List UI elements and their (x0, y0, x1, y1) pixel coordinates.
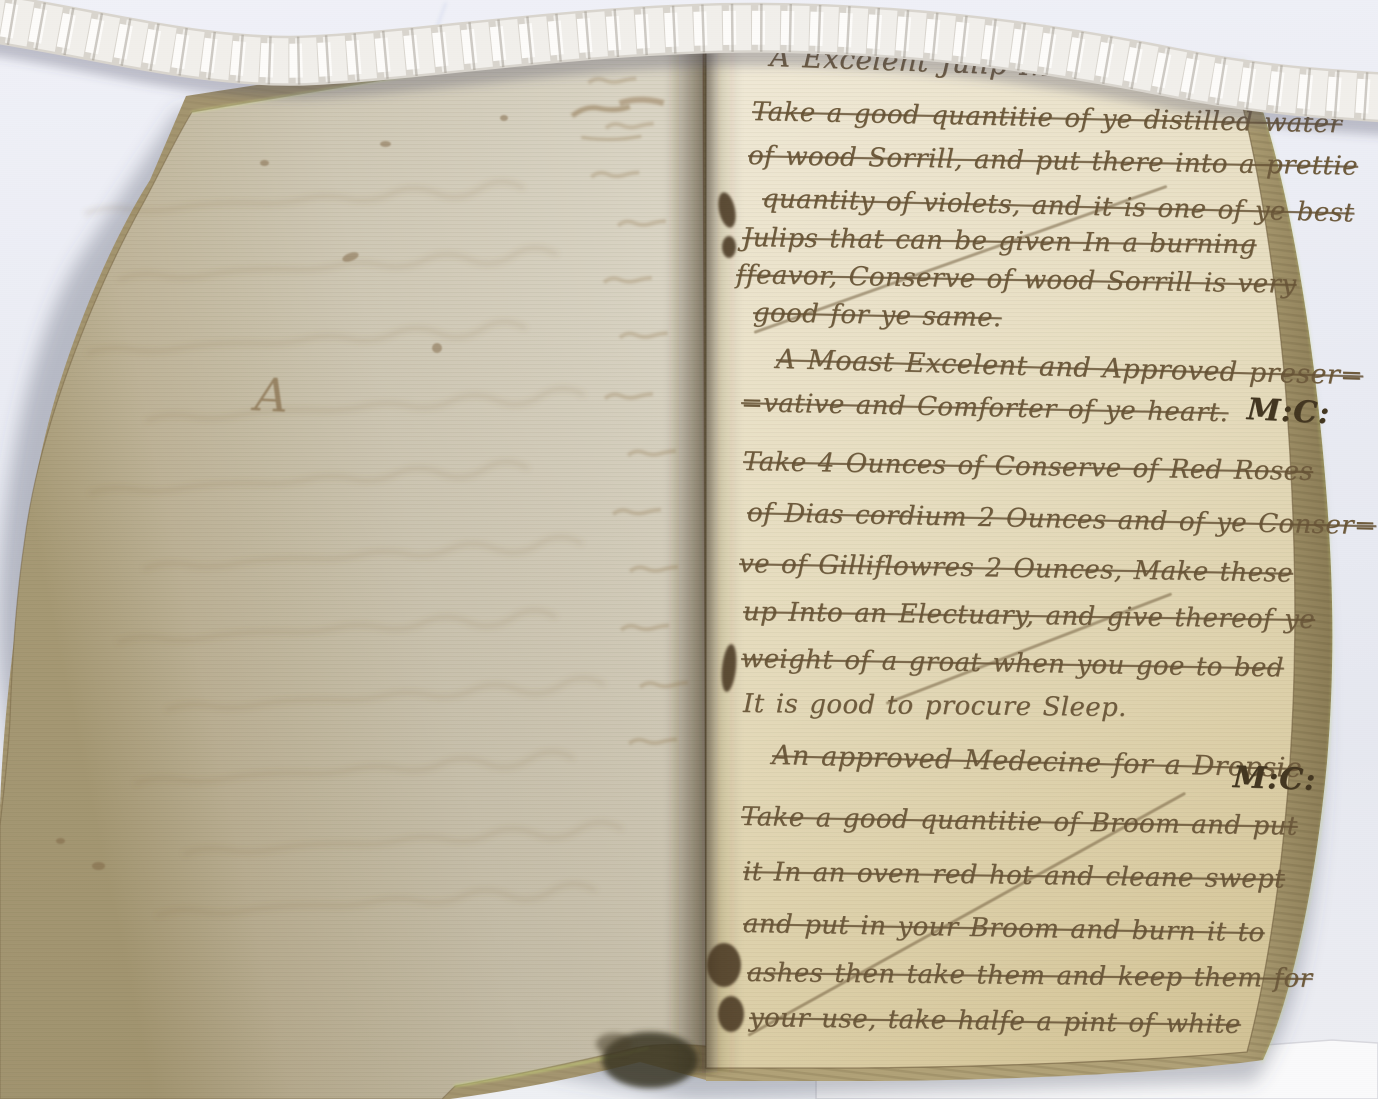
manuscript-line: good for ye same. (753, 298, 1002, 333)
manuscript-line: ve of Gilliflowres 2 Ounces, Make these (739, 549, 1294, 589)
ink-speck (260, 160, 269, 166)
recipe-title-line: An approved Medecine for a Dropsie (772, 740, 1303, 784)
manuscript-line: your use, take halfe a pint of white (749, 1003, 1241, 1040)
manuscript-line: of wood Sorrill, and put there into a pr… (748, 141, 1358, 182)
ink-speck (56, 838, 65, 844)
ink-speck (341, 250, 360, 263)
ink-speck (432, 343, 442, 353)
manuscript-line: Take a good quantitie of ye distilled wa… (752, 97, 1343, 139)
ink-speck (500, 115, 508, 121)
photo-scene: A Excelent Julip In hot ffeavors. Take a… (0, 0, 1378, 1099)
manuscript-line: weight of a groat when you goe to bed (741, 644, 1284, 683)
bleedthrough-letter: A (254, 367, 290, 423)
margin-initials: M:C: (1232, 760, 1316, 798)
manuscript-text: A Excelent Julip In hot ffeavors. Take a… (0, 0, 1378, 1099)
recipe-title-line: =vative and Comforter of ye heart. (741, 388, 1229, 428)
ink-speck (92, 862, 105, 870)
manuscript-line: It is good to procure Sleep. (743, 689, 1127, 723)
manuscript-line: Julips that can be given In a burning (742, 223, 1257, 260)
recipe-title-line: A Excelent Julip In hot ffeavors. (769, 40, 1247, 90)
manuscript-line: up Into an Electuary, and give thereof y… (743, 597, 1315, 635)
ink-speck (380, 141, 391, 147)
manuscript-line: Take a good quantitie of Broom and put (741, 802, 1298, 842)
manuscript-line: of Dias cordium 2 Ounces and of ye Conse… (747, 498, 1377, 541)
margin-initials: M:C: (1246, 392, 1331, 431)
manuscript-line: and put in your Broom and burn it to (743, 909, 1265, 948)
manuscript-line: ffeavor, Conserve of wood Sorrill is ver… (736, 260, 1297, 300)
recipe-title-line: A Moast Excelent and Approved preser= (776, 344, 1364, 391)
manuscript-line: Take 4 Ounces of Conserve of Red Roses (743, 447, 1314, 487)
manuscript-line: quantity of violets, and it is one of ye… (762, 184, 1355, 228)
